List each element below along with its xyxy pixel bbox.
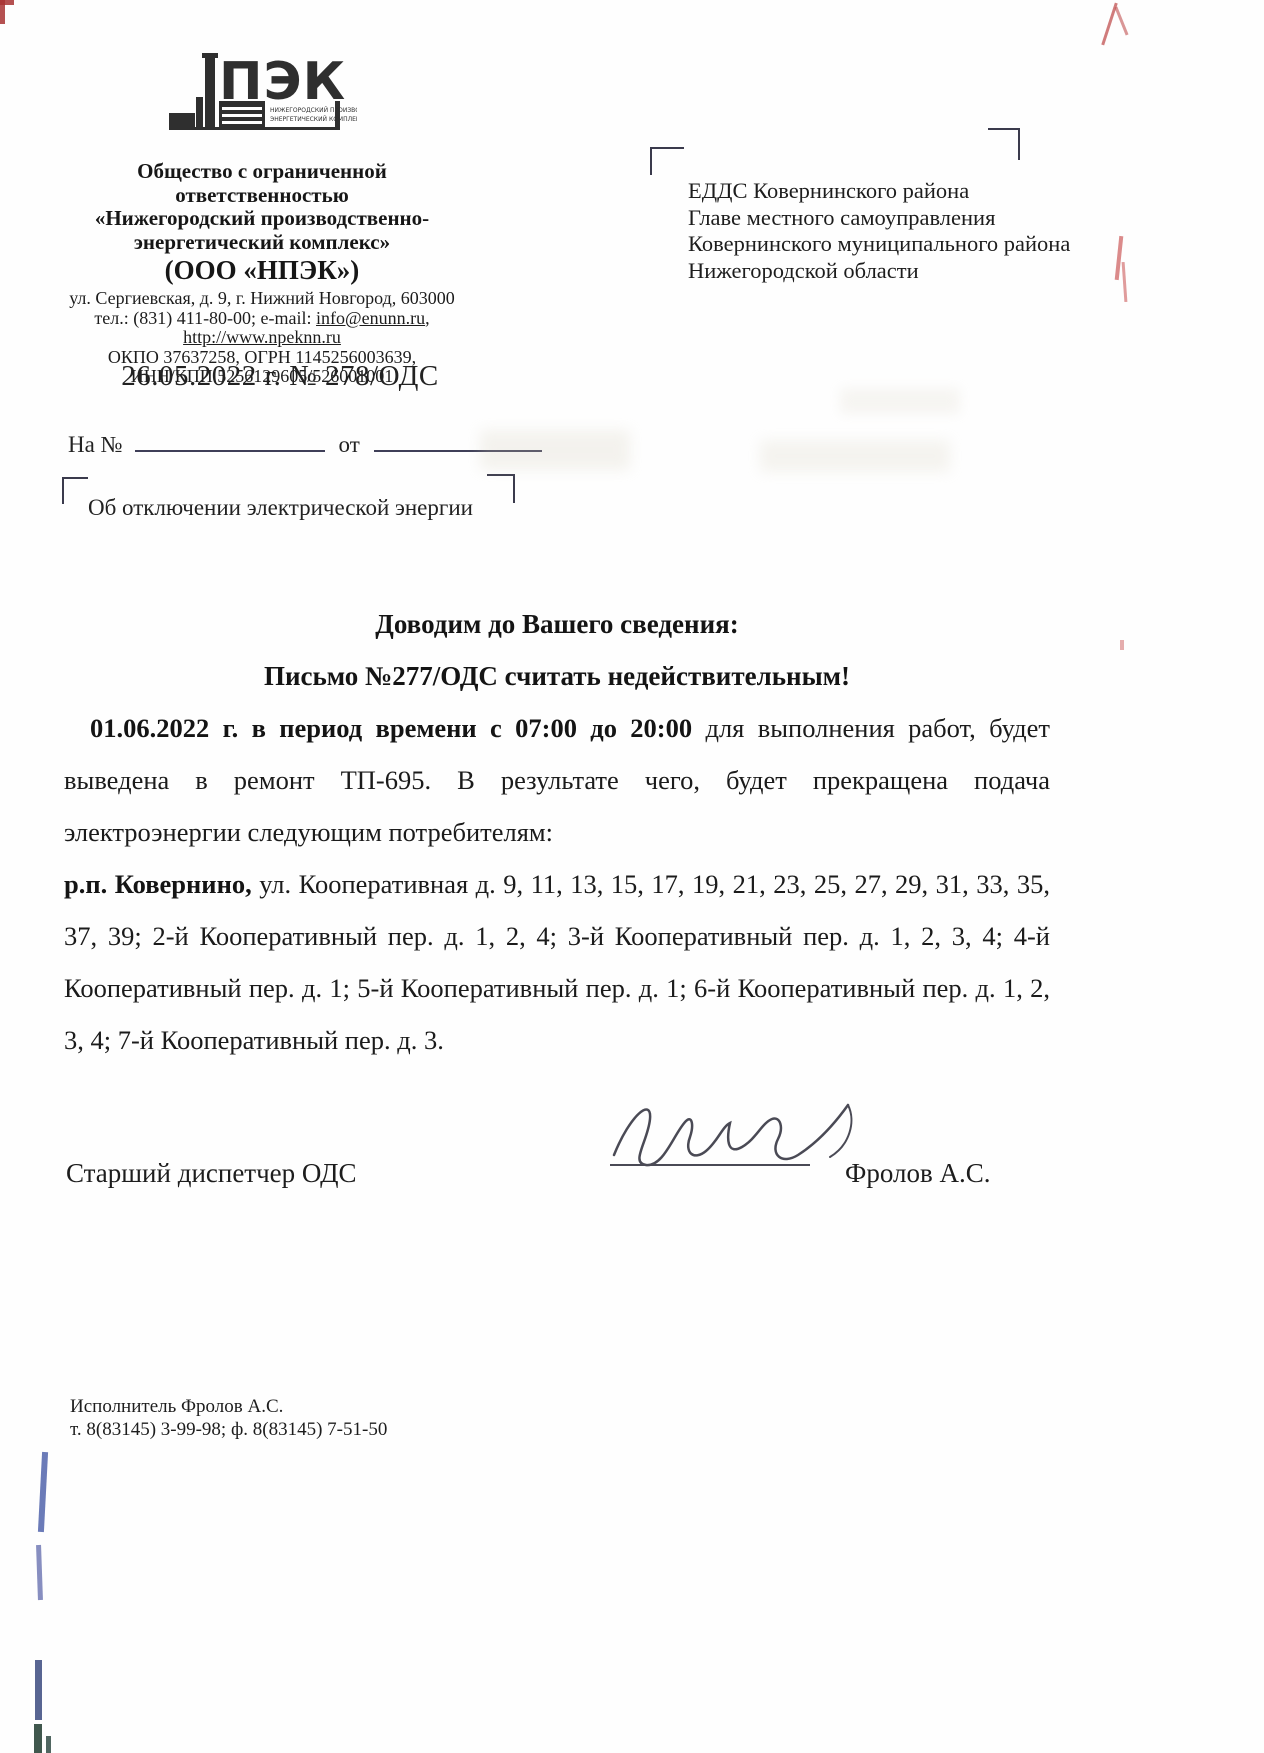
corner-mark-subject-left <box>62 477 88 504</box>
npek-logo-icon: ПЭК НИЖЕГОРОДСКИЙ ПРОИЗВОДСТВЕННО- ЭНЕРГ… <box>167 45 357 145</box>
scan-artifact-red-edge <box>1114 7 1128 36</box>
recipient-line2: Главе местного самоуправления <box>688 205 1070 232</box>
letter-subject: Об отключении электрической энергии <box>88 495 473 521</box>
scan-artifact-blue-edge <box>35 1660 42 1720</box>
org-address: ул. Сергиевская, д. 9, г. Нижний Новгоро… <box>52 289 472 309</box>
outage-datetime: 01.06.2022 г. в период времени с 07:00 д… <box>90 713 692 743</box>
signer-name: Фролов А.С. <box>845 1158 990 1189</box>
reply-from-label: от <box>339 432 360 457</box>
org-short-name: (ООО «НПЭК») <box>52 256 472 285</box>
scan-artifact-red-corner <box>0 0 14 5</box>
logo-tagline-line1: НИЖЕГОРОДСКИЙ ПРОИЗВОДСТВЕННО- <box>270 107 357 114</box>
company-logo: ПЭК НИЖЕГОРОДСКИЙ ПРОИЗВОДСТВЕННО- ЭНЕРГ… <box>167 45 357 150</box>
scan-artifact-red-edge <box>1101 3 1117 46</box>
letter-body: Доводим до Вашего сведения: Письмо №277/… <box>64 598 1050 1066</box>
body-heading1: Доводим до Вашего сведения: <box>64 598 1050 650</box>
scan-artifact-dark-edge <box>46 1736 51 1753</box>
recipient-block: ЕДДС Ковернинского района Главе местного… <box>688 178 1070 284</box>
scanned-letter-page: ПЭК НИЖЕГОРОДСКИЙ ПРОИЗВОДСТВЕННО- ЭНЕРГ… <box>0 0 1264 1753</box>
scan-artifact-bleedthrough <box>840 388 960 414</box>
org-name-line3: энергетический комплекс» <box>52 231 472 255</box>
corner-mark-recipient-left <box>650 147 684 175</box>
body-paragraph: 01.06.2022 г. в период времени с 07:00 д… <box>64 702 1050 858</box>
reply-reference-line: На №от <box>68 430 542 458</box>
settlement-name: р.п. Ковернино, <box>64 869 252 899</box>
reply-number-blank <box>135 430 325 452</box>
org-name-line2: «Нижегородский производственно- <box>52 207 472 231</box>
org-website-link: http://www.npeknn.ru <box>183 327 341 347</box>
scan-artifact-blue-edge <box>38 1452 48 1532</box>
scan-artifact-red-dot <box>1120 640 1124 650</box>
recipient-line3: Ковернинского муниципального района <box>688 231 1070 258</box>
recipient-line4: Нижегородской области <box>688 258 1070 285</box>
executor-block: Исполнитель Фролов А.С. т. 8(83145) 3-99… <box>70 1395 387 1441</box>
org-email-link: info@enunn.ru <box>316 308 425 328</box>
executor-phones: т. 8(83145) 3-99-98; ф. 8(83145) 7-51-50 <box>70 1418 387 1441</box>
org-phone: тел.: (831) 411-80-00; e-mail: <box>94 308 316 328</box>
recipient-line1: ЕДДС Ковернинского района <box>688 178 1070 205</box>
scan-artifact-blue-edge <box>36 1545 43 1600</box>
scan-artifact-dark-edge <box>34 1724 42 1753</box>
scan-artifact-red-edge <box>1115 236 1124 280</box>
org-name-line1: Общество с ограниченной ответственностью <box>52 160 472 207</box>
scan-artifact-bleedthrough <box>760 440 950 472</box>
body-heading2: Письмо №277/ОДС считать недействительным… <box>64 650 1050 702</box>
corner-mark-subject-right <box>487 474 515 503</box>
corner-mark-recipient-right <box>988 128 1020 160</box>
executor-name: Исполнитель Фролов А.С. <box>70 1395 387 1418</box>
consumers-paragraph: р.п. Ковернино, ул. Кооперативная д. 9, … <box>64 858 1050 1066</box>
reply-date-blank <box>374 430 542 452</box>
letter-date-number: 26.05.2022 г. № 278/ОДС <box>70 360 490 393</box>
scan-artifact-red-edge <box>1122 262 1128 302</box>
scan-artifact-red-corner <box>0 0 5 24</box>
logo-tagline-line2: ЭНЕРГЕТИЧЕСКИЙ КОМПЛЕКС <box>270 116 357 123</box>
reply-to-label: На № <box>68 432 123 457</box>
org-contact-comma: , <box>425 308 430 328</box>
org-contact-line: тел.: (831) 411-80-00; e-mail: info@enun… <box>52 309 472 329</box>
handwritten-signature <box>600 1085 870 1190</box>
letterhead: ПЭК НИЖЕГОРОДСКИЙ ПРОИЗВОДСТВЕННО- ЭНЕРГ… <box>52 45 472 387</box>
signer-position: Старший диспетчер ОДС <box>66 1158 357 1189</box>
